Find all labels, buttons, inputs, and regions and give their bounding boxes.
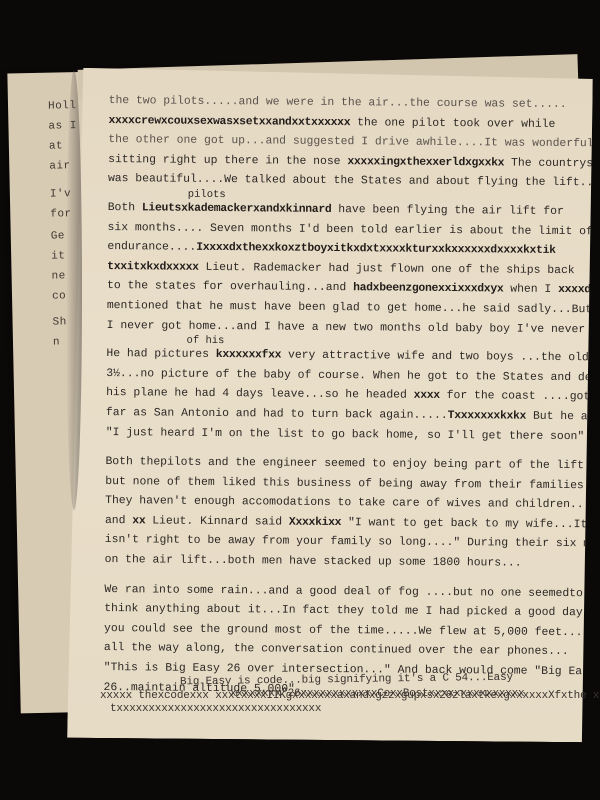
struck-out-text: kxxxxxxfxx (216, 349, 281, 362)
line-text: "I just heard I'm on the list to go back… (106, 427, 600, 443)
overtyped-line: txxxxxxxxxxxxxxxxxxxxxxxxxxxxxxxx (110, 703, 321, 715)
overtyped-line: xxxxxxxx"26xxxxxxxxxxxxCoxxBostxxxxxxxxx… (230, 688, 524, 700)
line-text: But he added (526, 411, 600, 424)
line-text: when I (503, 284, 558, 296)
line-text: his plane he had 4 days leave...so he he… (106, 387, 414, 402)
back-fragment: Ge (51, 230, 65, 242)
line-text: the other one got up...and suggested I d… (108, 134, 593, 150)
struck-out-text: hadxbeenzgonexxixxxdxyx (353, 283, 503, 296)
line-text: sitting right up there in the nose (108, 154, 347, 168)
line-text: I never got home...and I have a new two … (107, 320, 600, 337)
struck-out-text: xxxxxingxthexxerldxgxxkx (347, 156, 504, 169)
back-fragment: it (51, 250, 65, 262)
line-text: and (105, 515, 132, 527)
line-text: Both (108, 202, 142, 214)
line-text: far as San Antonio and had to turn back … (106, 407, 448, 422)
typed-line: on the air lift...both men have stacked … (105, 551, 577, 575)
struck-out-text: xxxxdxkix (558, 284, 600, 297)
line-text: very attractive wife and two boys ...the… (281, 350, 600, 365)
line-text: think anything about it...In fact they t… (104, 603, 600, 619)
line-text: to the states for overhauling...and (107, 280, 353, 294)
paragraph: the two pilots.....and we were in the ai… (106, 92, 581, 447)
page-text: the two pilots.....and we were in the ai… (103, 92, 580, 702)
line-text: Lieut. Kinnard said (145, 515, 289, 528)
struck-out-text: Lieutsxkademackerxandxkinnard (142, 202, 332, 216)
line-text: the two pilots.....and we were in the ai… (109, 95, 567, 111)
line-text: have been flying the air lift for (331, 204, 564, 218)
struck-out-text: Xxxxkixx (289, 517, 341, 529)
paragraph: Both thepilots and the engineer seemed t… (105, 453, 578, 575)
line-text: you could see the ground most of the tim… (104, 623, 583, 639)
line-text: the one pilot took over while (350, 117, 555, 131)
back-fragment: at (49, 140, 63, 152)
struck-out-text: xx (132, 515, 145, 527)
struck-out-text: Txxxxxxxkxkx (448, 410, 527, 423)
line-text: but none of them liked this business of … (105, 476, 600, 492)
struck-out-text: xxxx (414, 390, 440, 402)
line-text: The countryside (504, 157, 600, 170)
line-text: They haven't enough accomodations to tak… (105, 495, 590, 511)
back-fragment: Sh (52, 316, 66, 328)
line-text: Lieut. Rademacker had just flown one of … (199, 262, 575, 277)
struck-out-text: txxitxkxdxxxxx (107, 261, 199, 274)
line-text: Both thepilots and the engineer seemed t… (105, 456, 584, 472)
line-text: We ran into some rain...and a good deal … (104, 584, 583, 600)
line-text: for the coast ....got as (440, 390, 600, 403)
page-curl-shadow (66, 70, 82, 510)
back-fragment: ne (51, 270, 65, 282)
struck-out-text: Ixxxxdxthexxkoxztboyxitkxdxtxxxxkturxxkx… (196, 242, 556, 257)
line-text: mentioned that he must have been glad to… (107, 300, 592, 316)
line-text: endurance.... (107, 241, 196, 254)
line-text: 3½...no picture of the baby of course. W… (106, 368, 600, 385)
back-fragment: n (53, 336, 60, 348)
typewritten-page: the two pilots.....and we were in the ai… (67, 68, 593, 743)
line-text: six months.... Seven months I'd been tol… (107, 222, 592, 238)
line-text: was beautiful....We talked about the Sta… (108, 173, 600, 189)
back-fragment: co (52, 290, 66, 302)
line-text: "I want to get back to my wife...It (341, 517, 587, 531)
struck-out-text: xxxxcrewxcouxsexwasxsetxxandxxtxxxxxx (108, 115, 350, 129)
line-text: all the way along, the conversation cont… (104, 642, 569, 658)
line-text: on the air lift...both men have stacked … (105, 554, 522, 570)
typed-line: was beautiful....We talked about the Sta… (108, 170, 580, 194)
line-text: isn't right to be away from your family … (105, 535, 600, 552)
line-text: He had pictures (106, 348, 215, 361)
